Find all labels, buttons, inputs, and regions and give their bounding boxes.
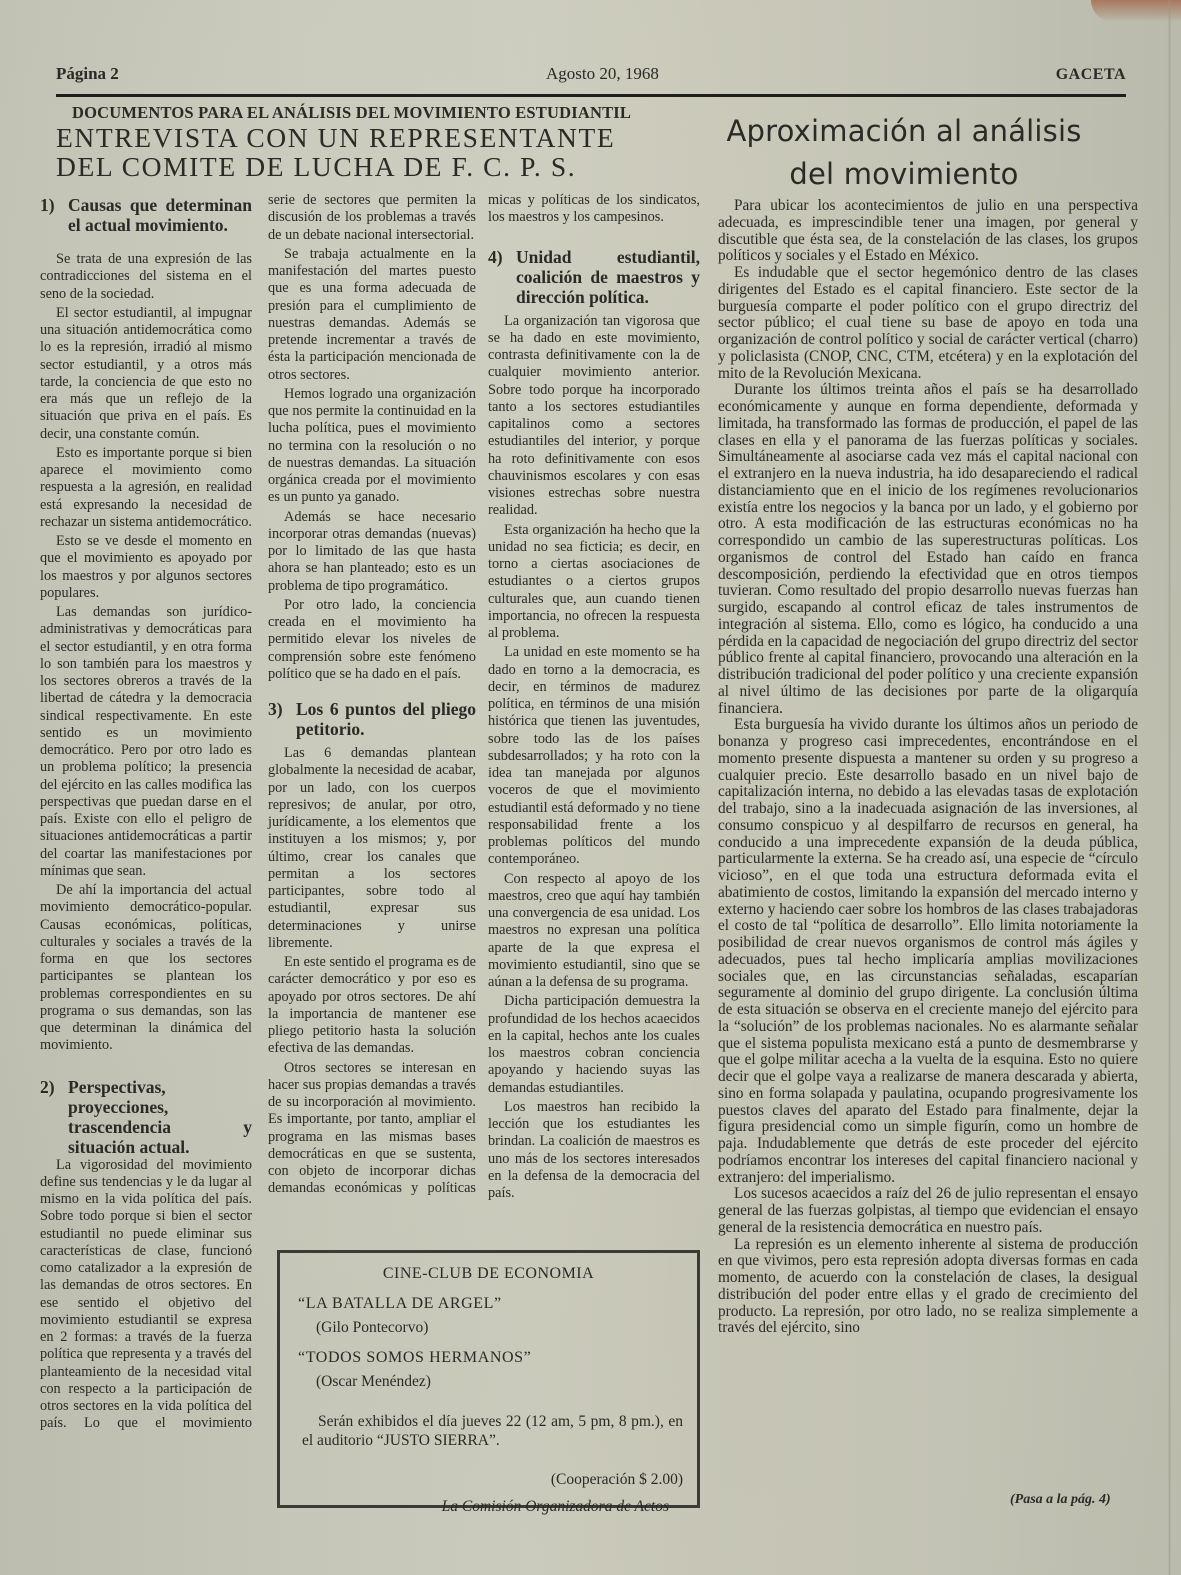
paragraph: La unidad en este momento se ha dado en … <box>488 644 700 868</box>
newspaper-page: Página 2 Agosto 20, 1968 GACETA DOCUMENT… <box>0 0 1181 1575</box>
cine-club-announcement: CINE-CLUB DE ECONOMIA “LA BATALLA DE ARG… <box>277 1250 700 1508</box>
screening-info: Serán exhibidos el día jueves 22 (12 am,… <box>302 1412 683 1450</box>
article-headline: ENTREVISTA CON UN REPRESENTANTE DEL COMI… <box>56 123 676 181</box>
paragraph: En este sentido el programa es de caráct… <box>268 954 476 1058</box>
paragraph: Durante los últimos treinta años el país… <box>718 382 1138 717</box>
paragraph: Los sucesos acaecidos a raíz del 26 de j… <box>718 1186 1138 1236</box>
header-rule <box>56 94 1126 97</box>
interview-column-2: serie de sectores que permiten la discus… <box>268 192 476 1198</box>
title-line-2: del movimiento <box>714 153 1094 196</box>
paragraph: Se trabaja actualmente en la manifestaci… <box>268 246 476 384</box>
article-kicker: DOCUMENTOS PARA EL ANÁLISIS DEL MOVIMIEN… <box>72 103 692 123</box>
title-line-1: Aproximación al análisis <box>714 110 1094 153</box>
paragraph: Hemos logrado una organización que nos p… <box>268 386 476 507</box>
continued-on-page-link[interactable]: (Pasa a la pág. 4) <box>1010 1492 1111 1508</box>
section-heading-4: 4) Unidad estudiantil, coalición de maes… <box>488 247 700 307</box>
paragraph: Por otro lado, la conciencia creada en e… <box>268 597 476 683</box>
paragraph: Con respecto al apoyo de los maestros, c… <box>488 871 700 992</box>
paragraph-continued: micas y políticas de los sindicatos, los… <box>488 192 700 227</box>
film-title: “TODOS SOMOS HERMANOS” <box>298 1349 531 1367</box>
paragraph: Las 6 demandas plantean globalmente la n… <box>268 745 476 952</box>
film-title: “LA BATALLA DE ARGEL” <box>298 1295 502 1313</box>
analysis-article-body: Para ubicar los acontecimientos de julio… <box>718 198 1138 1337</box>
film-director: (Oscar Menéndez) <box>316 1373 431 1391</box>
paragraph: Los maestros han recibido la lección que… <box>488 1099 700 1203</box>
paragraph: Para ubicar los acontecimientos de julio… <box>718 198 1138 265</box>
paragraph: Otros sectores se interesan en hacer sus… <box>268 1060 476 1198</box>
paragraph: Además se hace necesario incorporar otra… <box>268 509 476 595</box>
analysis-article-title: Aproximación al análisis del movimiento <box>714 110 1094 196</box>
paragraph: El sector estudiantil, al impugnar una s… <box>40 305 252 443</box>
organizer-signature: La Comisión Organizadora de Actos <box>442 1498 669 1516</box>
section-heading-2: 2) Perspectivas, proyecciones, trascende… <box>40 1077 252 1157</box>
paragraph: Esto se ve desde el momento en que el mo… <box>40 533 252 602</box>
paragraph: Las demandas son jurídico-administrativa… <box>40 604 252 880</box>
paper-fold <box>1168 0 1171 1575</box>
interview-column-3: micas y políticas de los sindicatos, los… <box>488 192 700 1202</box>
publication-name: GACETA <box>1056 66 1126 84</box>
paragraph: La represión es un elemento inherente al… <box>718 1237 1138 1338</box>
issue-date: Agosto 20, 1968 <box>546 64 659 84</box>
paragraph: Esta burguesía ha vivido durante los últ… <box>718 717 1138 1186</box>
announcement-title: CINE-CLUB DE ECONOMIA <box>280 1265 697 1283</box>
interview-column-1: 1) Causas que determinan el actual movim… <box>40 195 252 1431</box>
paragraph-continued: serie de sectores que permiten la discus… <box>268 192 476 244</box>
section-heading-3: 3) Los 6 puntos del pliego petitorio. <box>268 699 476 739</box>
film-director: (Gilo Pontecorvo) <box>316 1319 428 1337</box>
paragraph: Esto es importante porque si bien aparec… <box>40 445 252 531</box>
paragraph: De ahí la importancia del actual movimie… <box>40 882 252 1055</box>
page-header: Página 2 Agosto 20, 1968 GACETA <box>56 60 1126 94</box>
headline-line-1: ENTREVISTA CON UN REPRESENTANTE <box>56 123 676 152</box>
paragraph: Es indudable que el sector hegemónico de… <box>718 265 1138 382</box>
paragraph: Esta organización ha hecho que la unidad… <box>488 522 700 643</box>
paragraph: La organización tan vigorosa que se ha d… <box>488 313 700 520</box>
cooperation-fee: (Cooperación $ 2.00) <box>551 1471 683 1489</box>
paragraph: La vigorosidad del movimiento define sus… <box>40 1157 252 1431</box>
headline-line-2: DEL COMITE DE LUCHA DE F. C. P. S. <box>56 152 676 181</box>
page-number: Página 2 <box>56 64 119 84</box>
paragraph: Se trata de una expresión de las contrad… <box>40 251 252 303</box>
paragraph: Dicha participación demuestra la profund… <box>488 993 700 1097</box>
section-heading-1: 1) Causas que determinan el actual movim… <box>40 195 252 235</box>
